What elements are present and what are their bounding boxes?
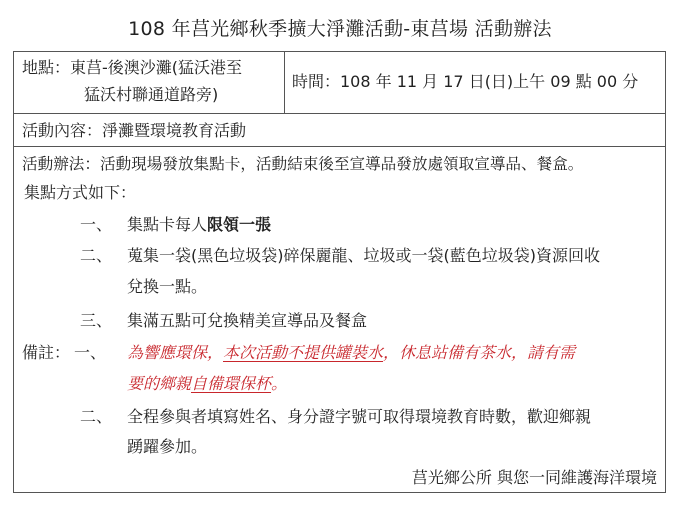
method-item-1-num: 一、 xyxy=(80,215,112,235)
notes-text: 要的鄉親 xyxy=(127,374,191,393)
notes-item-2-line-1: 全程參與者填寫姓名、身分證字號可取得環境教育時數，歡迎鄉親 xyxy=(127,407,591,427)
method-line-1: 活動辦法：活動現場發放集點卡，活動結束後至宣導品發放處領取宣導品、餐盒。 xyxy=(22,154,583,174)
method-item-2-line-2: 兌換一點。 xyxy=(127,277,207,297)
notes-underlined-text: 自備環保杯 xyxy=(191,374,271,393)
footer-signature: 莒光鄉公所 與您一同維護海洋環境 xyxy=(412,468,657,488)
activity-table: 地點：東莒-後澳沙灘(猛沃港至 猛沃村聯通道路旁) 時間：108 年 11 月 … xyxy=(13,51,666,493)
method-item-2-num: 二、 xyxy=(80,246,112,266)
location-line-2: 猛沃村聯通道路旁) xyxy=(84,85,218,105)
method-item-3-num: 三、 xyxy=(80,311,112,331)
event-content: 活動內容：淨灘暨環境教育活動 xyxy=(22,121,246,141)
notes-text: 。 xyxy=(271,374,287,393)
notes-item-2-line-2: 踴躍參加。 xyxy=(127,437,207,457)
method-item-3: 集滿五點可兌換精美宣導品及餐盒 xyxy=(127,311,367,331)
row-divider xyxy=(14,113,665,114)
notes-text: 為響應環保， xyxy=(127,343,223,362)
notes-item-1-num: 一、 xyxy=(74,343,106,363)
method-item-1: 集點卡每人限領一張 xyxy=(127,215,271,235)
notes-text: ，休息站備有茶水，請有需 xyxy=(383,343,575,362)
column-divider xyxy=(284,52,285,113)
document-title: 108 年莒光鄉秋季擴大淨灘活動-東莒場 活動辦法 xyxy=(0,14,680,41)
method-item-1-text: 集點卡每人 xyxy=(127,215,207,234)
notes-underlined-text: 本次活動不提供罐裝水 xyxy=(223,343,383,362)
notes-item-1-line-2: 要的鄉親自備環保杯。 xyxy=(127,374,287,394)
row-divider xyxy=(14,146,665,147)
method-line-2: 集點方式如下： xyxy=(24,183,136,203)
notes-item-1-line-1: 為響應環保，本次活動不提供罐裝水，休息站備有茶水，請有需 xyxy=(127,343,575,363)
method-item-2-line-1: 蒐集一袋(黑色垃圾袋)碎保麗龍、垃圾或一袋(藍色垃圾袋)資源回收 xyxy=(127,246,600,266)
notes-item-2-num: 二、 xyxy=(80,407,112,427)
event-time: 時間：108 年 11 月 17 日(日)上午 09 點 00 分 xyxy=(292,72,638,92)
notes-label: 備註： xyxy=(22,343,70,363)
location-line-1: 地點：東莒-後澳沙灘(猛沃港至 xyxy=(22,58,242,78)
method-item-1-emphasis: 限領一張 xyxy=(207,215,271,234)
